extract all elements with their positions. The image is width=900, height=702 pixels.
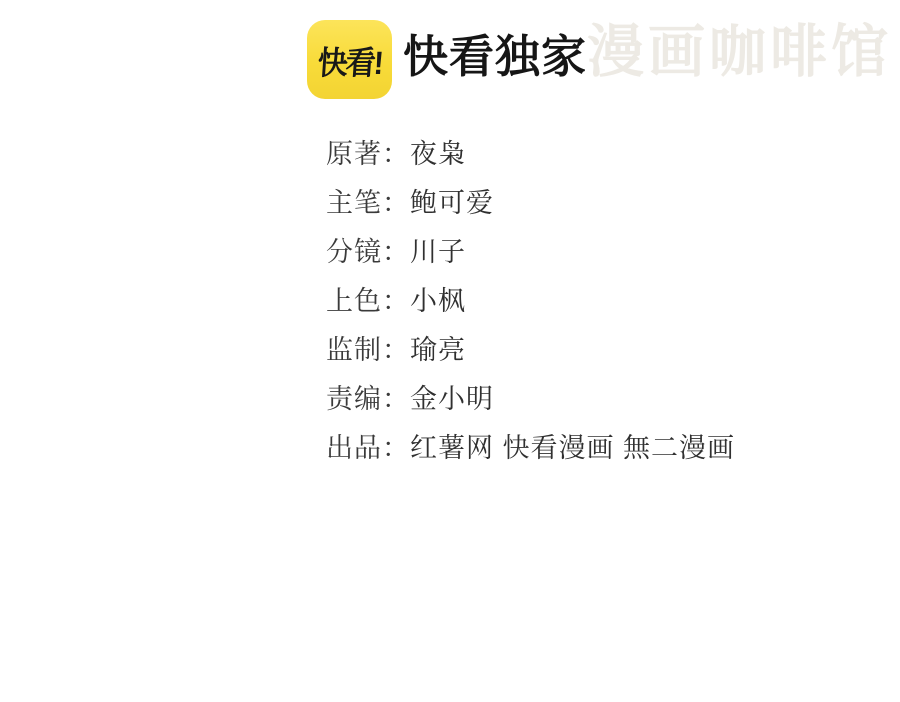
credit-row-production: 出品：红薯网 快看漫画 無二漫画 (326, 421, 735, 470)
credit-label: 监制 (326, 328, 382, 367)
kuaikan-logo-icon: 快看! (307, 20, 392, 99)
credit-value: 川子 (410, 230, 466, 269)
credits-list: 原著：夜枭 主笔：鲍可爱 分镜：川子 上色：小枫 监制：瑜亮 责编：金小明 出品… (326, 127, 735, 470)
exclusive-title: 快看独家 (403, 33, 587, 81)
credit-row-coloring: 上色：小枫 (326, 274, 735, 323)
credit-value: 瑜亮 (410, 328, 466, 367)
credit-row-editor: 责编：金小明 (326, 372, 735, 421)
credit-value: 鲍可爱 (410, 181, 494, 220)
credit-colon: ： (382, 230, 410, 269)
credit-label: 分镜 (326, 230, 382, 269)
credit-colon: ： (382, 279, 410, 318)
credit-colon: ： (382, 328, 410, 367)
credit-value: 金小明 (410, 377, 494, 416)
credit-colon: ： (382, 426, 410, 465)
series-title-watermark: 漫画咖啡馆 (587, 20, 892, 84)
credit-colon: ： (382, 132, 410, 171)
credit-label: 原著 (326, 132, 382, 171)
credit-colon: ： (382, 181, 410, 220)
credit-label: 出品 (326, 426, 382, 465)
credit-row-supervisor: 监制：瑜亮 (326, 323, 735, 372)
credit-row-storyboard: 分镜：川子 (326, 225, 735, 274)
credit-colon: ： (382, 377, 410, 416)
credit-label: 主笔 (326, 181, 382, 220)
credit-value: 夜枭 (410, 132, 466, 171)
credit-label: 责编 (326, 377, 382, 416)
credit-label: 上色 (326, 279, 382, 318)
credit-row-lead-artist: 主笔：鲍可爱 (326, 176, 735, 225)
credit-value: 红薯网 快看漫画 無二漫画 (410, 426, 735, 465)
credit-value: 小枫 (410, 279, 466, 318)
credit-row-original-author: 原著：夜枭 (326, 127, 735, 176)
comic-credits-page: 快看! 快看独家 漫画咖啡馆 原著：夜枭 主笔：鲍可爱 分镜：川子 上色：小枫 … (0, 0, 900, 702)
kuaikan-logo-text: 快看! (316, 36, 383, 84)
